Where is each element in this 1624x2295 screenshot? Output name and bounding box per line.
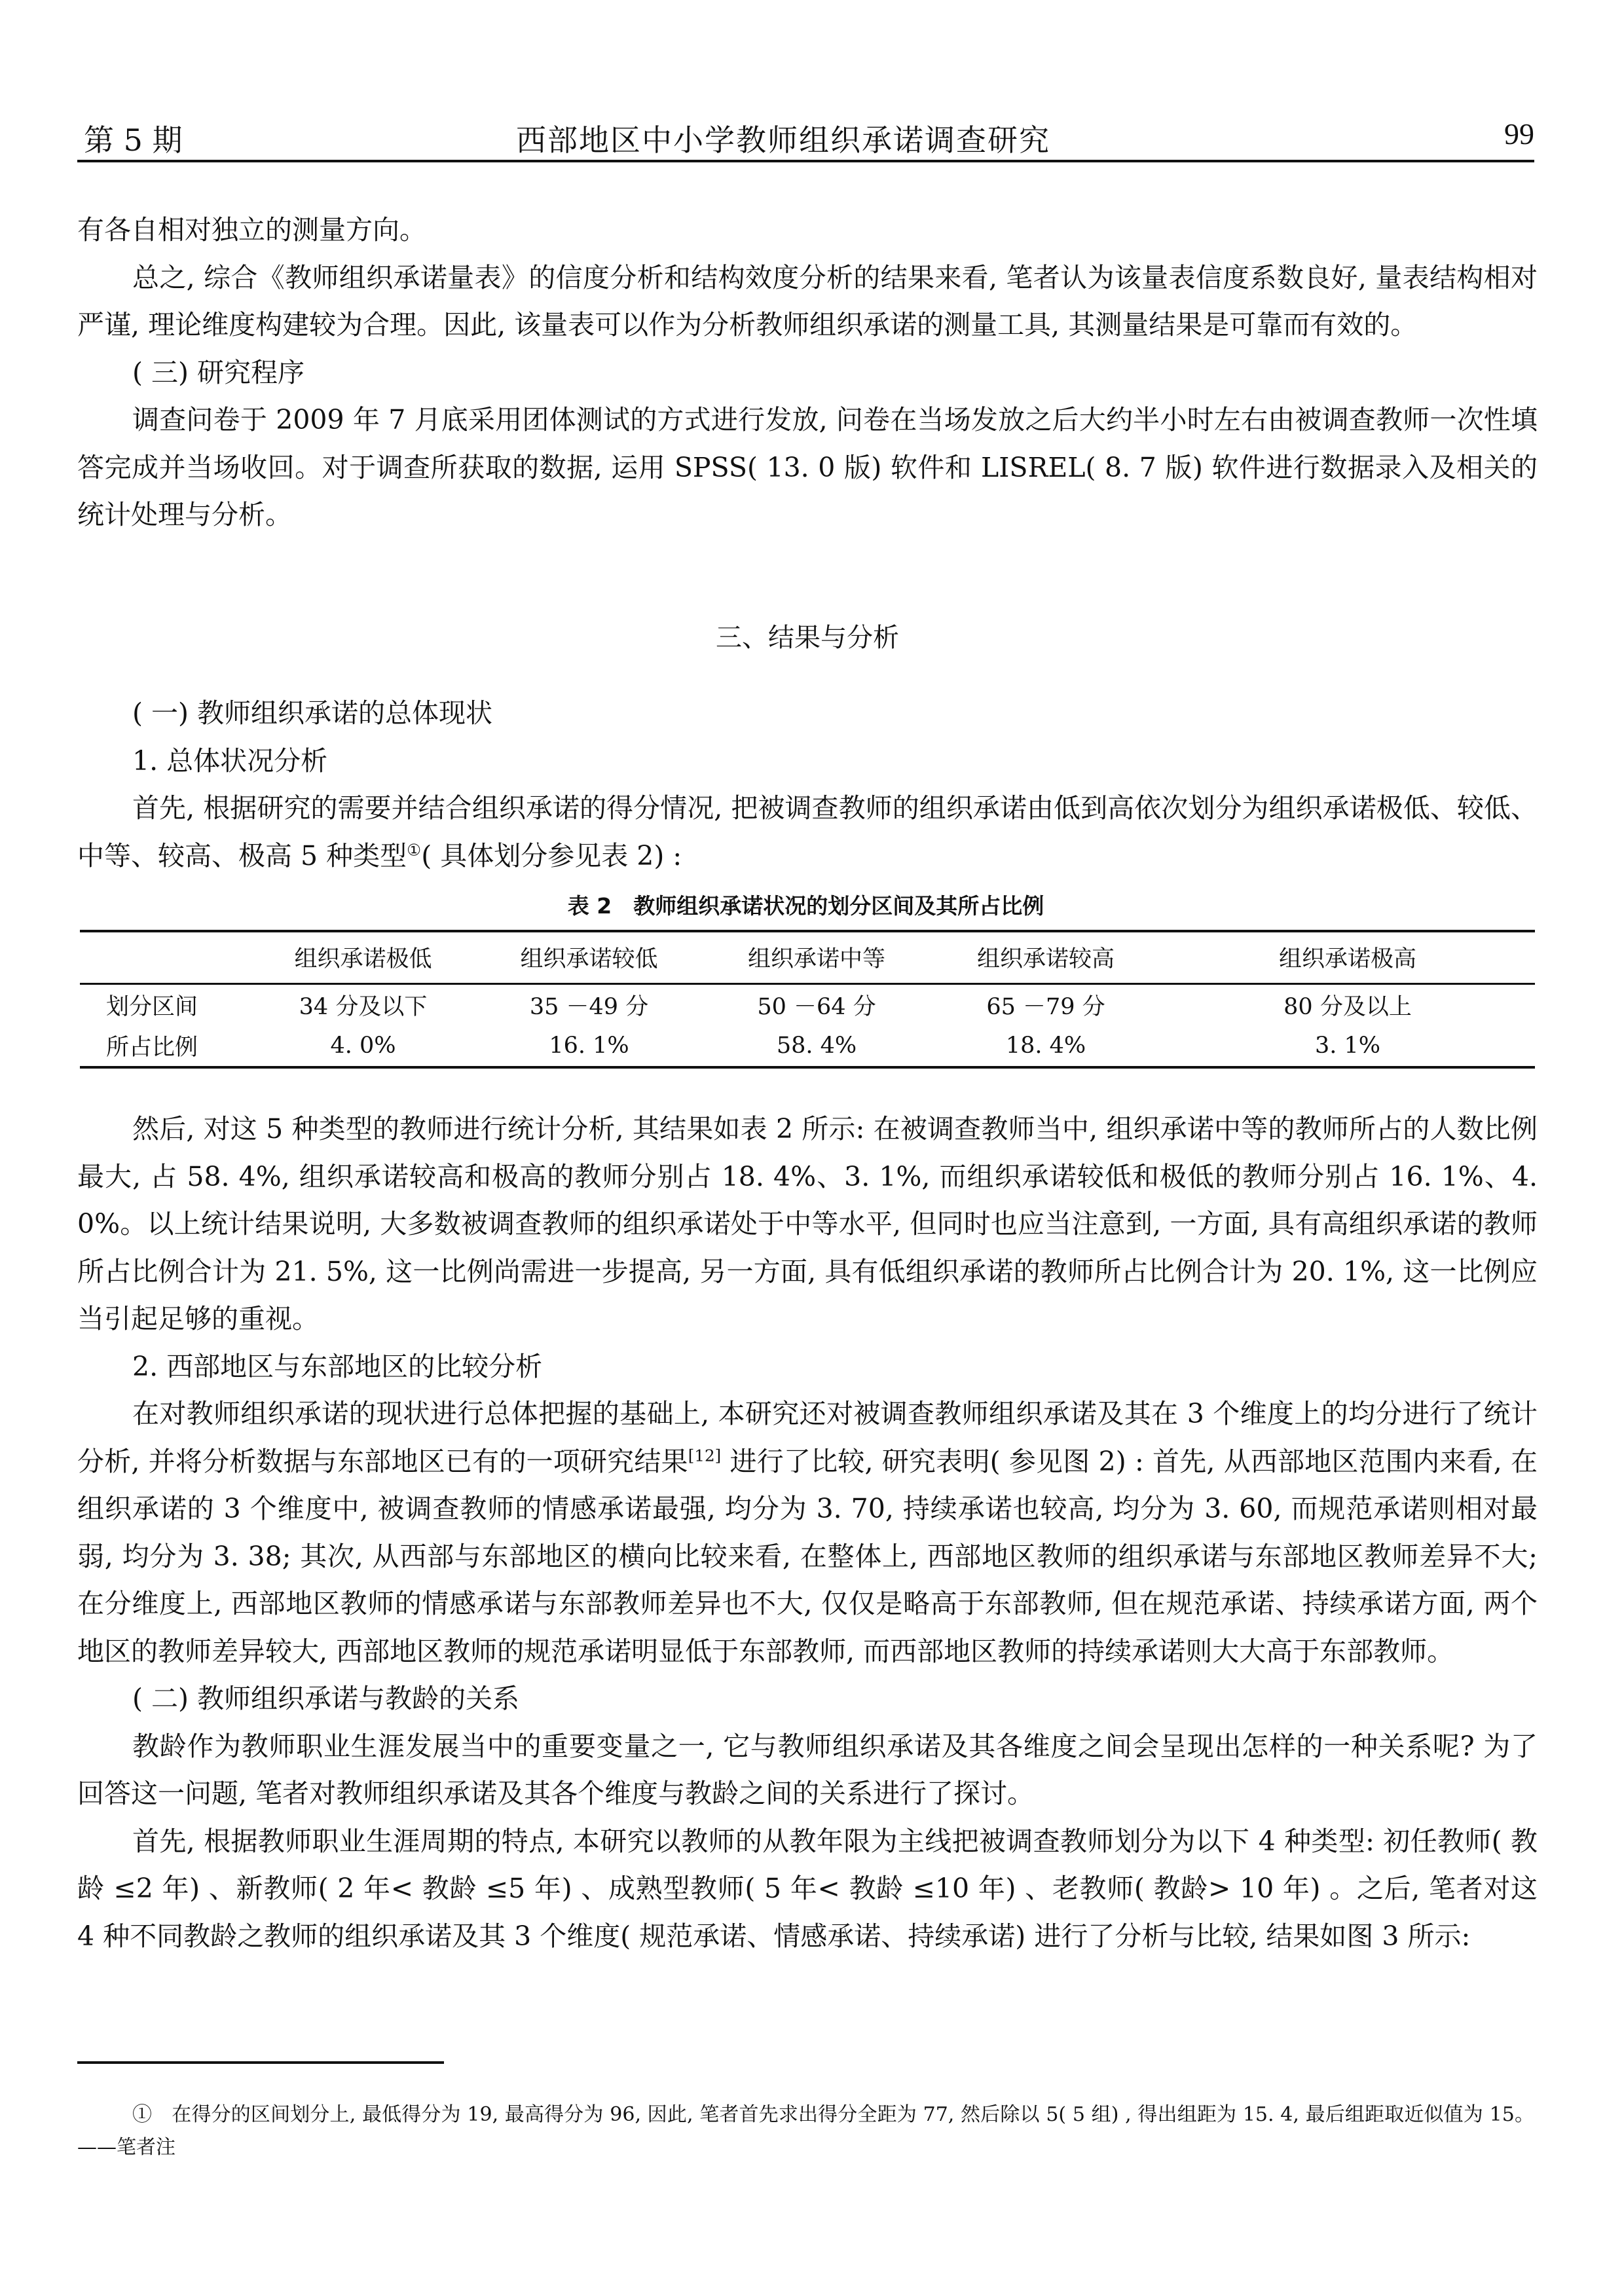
footnote-rule: [77, 2061, 444, 2064]
table-header-row: 组织承诺极低 组织承诺较低 组织承诺中等 组织承诺较高 组织承诺极高: [80, 931, 1535, 983]
paragraph-teaching-age: 教龄作为教师职业生涯发展当中的重要变量之一, 它与教师组织承诺及其各维度之间会呈…: [77, 1723, 1538, 1818]
section-title: 三、结果与分析: [77, 614, 1538, 662]
subheading-overall: ( 一) 教师组织承诺的总体现状: [77, 689, 1538, 737]
row-label: 所占比例: [80, 1025, 250, 1067]
subheading-procedure: ( 三) 研究程序: [77, 349, 1538, 397]
table-cell: 80 分及以上: [1160, 983, 1535, 1025]
paragraph-classification: 首先, 根据研究的需要并结合组织承诺的得分情况, 把被调查教师的组织承诺由低到高…: [77, 784, 1538, 879]
subheading-overall-analysis: 1. 总体状况分析: [77, 737, 1538, 785]
table-cell: 4. 0%: [250, 1025, 476, 1067]
paragraph-procedure: 调查问卷于 2009 年 7 月底采用团体测试的方式进行发放, 问卷在当场发放之…: [77, 396, 1538, 539]
body-upper: 有各自相对独立的测量方向。 总之, 综合《教师组织承诺量表》的信度分析和结构效度…: [77, 206, 1538, 539]
table-cell: 50 －64 分: [702, 983, 931, 1025]
subheading-teaching-age: ( 二) 教师组织承诺与教龄的关系: [77, 1675, 1538, 1723]
table-cell: 34 分及以下: [250, 983, 476, 1025]
table-2: 组织承诺极低 组织承诺较低 组织承诺中等 组织承诺较高 组织承诺极高 划分区间 …: [80, 930, 1535, 1069]
header-rule: [77, 160, 1534, 162]
table-cell: 3. 1%: [1160, 1025, 1535, 1067]
journal-article-title: 西部地区中小学教师组织承诺调查研究: [516, 117, 1050, 160]
paragraph-results: 然后, 对这 5 种类型的教师进行统计分析, 其结果如表 2 所示: 在被调查教…: [77, 1105, 1538, 1343]
text-span: 首先, 根据研究的需要并结合组织承诺的得分情况, 把被调查教师的组织承诺由低到高…: [77, 792, 1538, 872]
table-header-cell: [80, 931, 250, 983]
issue-number: 第 5 期: [84, 117, 183, 160]
footnote-marker[interactable]: ①: [407, 840, 421, 859]
subheading-compare: 2. 西部地区与东部地区的比较分析: [77, 1343, 1538, 1391]
body-overall: ( 一) 教师组织承诺的总体现状 1. 总体状况分析 首先, 根据研究的需要并结…: [77, 689, 1538, 879]
table-row: 所占比例 4. 0% 16. 1% 58. 4% 18. 4% 3. 1%: [80, 1025, 1535, 1067]
paragraph-continued: 有各自相对独立的测量方向。: [77, 206, 1538, 254]
paragraph-compare: 在对教师组织承诺的现状进行总体把握的基础上, 本研究还对被调查教师组织承诺及其在…: [77, 1390, 1538, 1675]
paragraph-teacher-types: 首先, 根据教师职业生涯周期的特点, 本研究以教师的从教年限为主线把被调查教师划…: [77, 1818, 1538, 1960]
text-span: 进行了比较, 研究表明( 参见图 2) : 首先, 从西部地区范围内来看, 在组…: [77, 1446, 1538, 1667]
running-header: 第 5 期 西部地区中小学教师组织承诺调查研究 99: [77, 117, 1547, 162]
citation-ref[interactable]: [12]: [688, 1446, 722, 1465]
body-lower: 然后, 对这 5 种类型的教师进行统计分析, 其结果如表 2 所示: 在被调查教…: [77, 1105, 1538, 1960]
table-cell: 58. 4%: [702, 1025, 931, 1067]
table-cell: 18. 4%: [931, 1025, 1160, 1067]
table-header-cell: 组织承诺极高: [1160, 931, 1535, 983]
table-header-cell: 组织承诺较高: [931, 931, 1160, 983]
paragraph-conclusion: 总之, 综合《教师组织承诺量表》的信度分析和结构效度分析的结果来看, 笔者认为该…: [77, 254, 1538, 349]
table-header-cell: 组织承诺较低: [476, 931, 702, 983]
table-row: 划分区间 34 分及以下 35 －49 分 50 －64 分 65 －79 分 …: [80, 983, 1535, 1025]
page-number: 99: [1504, 117, 1534, 151]
footnote: ① 在得分的区间划分上, 最低得分为 19, 最高得分为 96, 因此, 笔者首…: [77, 2099, 1534, 2164]
table-cell: 35 －49 分: [476, 983, 702, 1025]
footnote-text: ① 在得分的区间划分上, 最低得分为 19, 最高得分为 96, 因此, 笔者首…: [77, 2099, 1534, 2164]
body-results-intro: 三、结果与分析: [77, 614, 1538, 662]
table-caption: 表 2 教师组织承诺状况的划分区间及其所占比例: [77, 889, 1534, 920]
table-header-cell: 组织承诺中等: [702, 931, 931, 983]
table-cell: 16. 1%: [476, 1025, 702, 1067]
table-cell: 65 －79 分: [931, 983, 1160, 1025]
text-span: ( 具体划分参见表 2) :: [421, 840, 682, 872]
row-label: 划分区间: [80, 983, 250, 1025]
table-header-cell: 组织承诺极低: [250, 931, 476, 983]
